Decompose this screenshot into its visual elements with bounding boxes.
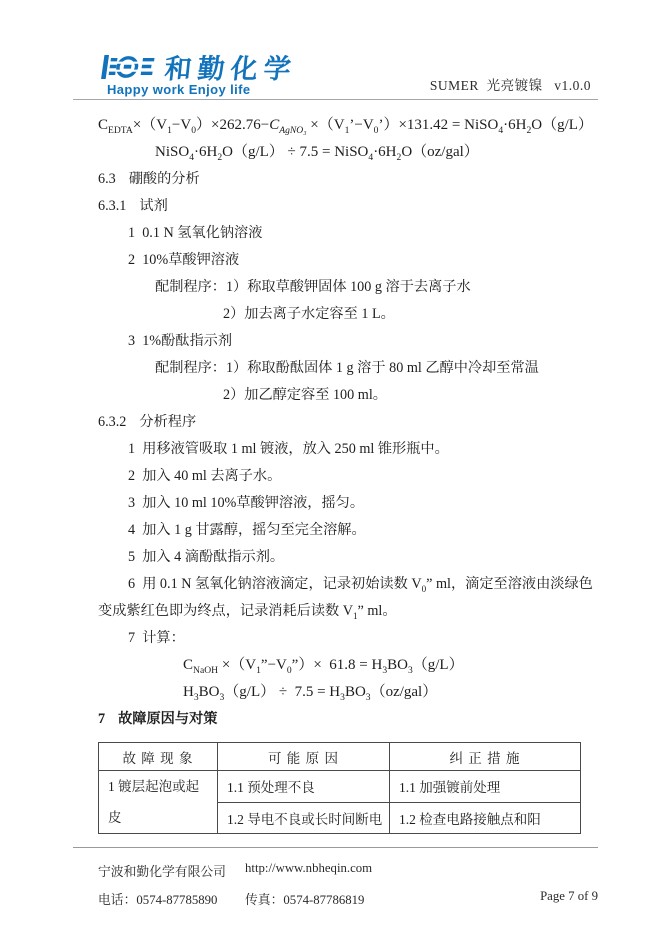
header-rule (73, 99, 598, 100)
section-number: 7 (98, 711, 105, 727)
reagent-item-3: 3 1%酚酞指示剂 (98, 328, 598, 355)
document-page: 和勤化学 Happy work Enjoy life SUMER 光亮镀镍 v1… (0, 0, 671, 950)
company-logo: 和勤化学 (100, 47, 297, 86)
formula-niso4-ozgal: NiSO4·6H2O（g/L） ÷ 7.5 = NiSO4·6H2O（oz/ga… (98, 139, 598, 166)
section-number: 6.3.1 (98, 198, 126, 214)
product-version: SUMER 光亮镀镍 v1.0.0 (430, 74, 591, 94)
table-header-phenomenon: 故 障 现 象 (99, 743, 218, 771)
page-footer: 宁波和勤化学有限公司 http://www.nbheqin.com 电话：057… (73, 847, 598, 908)
footer-fax: 传真：0574-87786819 (245, 889, 364, 908)
footer-company: 宁波和勤化学有限公司 (98, 861, 245, 880)
footer-phone: 电话：0574-87785890 (98, 889, 245, 908)
table-header-row: 故 障 现 象 可 能 原 因 纠 正 措 施 (99, 743, 581, 771)
analysis-step-4: 4 加入 1 g 甘露醇，摇匀至完全溶解。 (98, 517, 598, 544)
analysis-step-6-line2: 变成紫红色即为终点，记录消耗后读数 V1” ml。 (98, 598, 598, 625)
section-title: 硼酸的分析 (129, 171, 200, 187)
section-title: 分析程序 (139, 414, 196, 430)
table-cell-action: 1.1 加强镀前处理 (390, 771, 581, 803)
analysis-step-7: 7 计算： (98, 625, 598, 652)
formula-h3bo3-ozgal: H3BO3（g/L） ÷ 7.5 = H3BO3（oz/gal） (98, 679, 598, 706)
fault-table: 故 障 现 象 可 能 原 因 纠 正 措 施 1 镀层起泡或起皮 1.1 预处… (98, 742, 581, 834)
footer-row: 电话：0574-87785890 传真：0574-87786819 Page 7… (73, 889, 598, 908)
page-number: Page 7 of 9 (540, 889, 598, 908)
document-body: CEDTA×（V1−V0）×262.76−CAgNO₃ ×（V1’−V0’）×1… (98, 112, 598, 834)
section-heading-6-3-2: 6.3.2分析程序 (98, 409, 598, 436)
analysis-step-3: 3 加入 10 ml 10%草酸钾溶液，摇匀。 (98, 490, 598, 517)
table-cell-cause: 1.2 导电不良或长时间断电 (218, 802, 390, 834)
prep-procedure-line: 配制程序：1）称取酚酞固体 1 g 溶于 80 ml 乙醇中冷却至常温 (98, 355, 598, 382)
brand-name: 和勤化学 (163, 47, 299, 86)
analysis-step-6-line1: 6 用 0.1 N 氢氧化钠溶液滴定，记录初始读数 V0” ml，滴定至溶液由淡… (98, 571, 598, 598)
table-cell-phenomenon: 1 镀层起泡或起皮 (99, 771, 218, 834)
brand-tagline: Happy work Enjoy life (107, 82, 250, 97)
section-number: 6.3.2 (98, 414, 126, 430)
section-title: 试剂 (139, 198, 167, 214)
section-number: 6.3 (98, 171, 116, 187)
logo-hqe-icon (100, 51, 156, 83)
analysis-step-1: 1 用移液管吸取 1 ml 镀液，放入 250 ml 锥形瓶中。 (98, 436, 598, 463)
table-row: 1 镀层起泡或起皮 1.1 预处理不良 1.1 加强镀前处理 (99, 771, 581, 803)
table-cell-cause: 1.1 预处理不良 (218, 771, 390, 803)
section-heading-6-3-1: 6.3.1试剂 (98, 193, 598, 220)
formula-h3bo3-gl: CNaOH ×（V1”−V0”）× 61.8 = H3BO3（g/L） (98, 652, 598, 679)
prep-procedure-line: 2）加去离子水定容至 1 L。 (98, 301, 598, 328)
table-header-cause: 可 能 原 因 (218, 743, 390, 771)
prep-procedure-line: 2）加乙醇定容至 100 ml。 (98, 382, 598, 409)
prep-procedure-line: 配制程序：1）称取草酸钾固体 100 g 溶于去离子水 (98, 274, 598, 301)
analysis-step-2: 2 加入 40 ml 去离子水。 (98, 463, 598, 490)
formula-niso4-gl: CEDTA×（V1−V0）×262.76−CAgNO₃ ×（V1’−V0’）×1… (98, 112, 598, 139)
section-heading-7: 7故障原因与对策 (98, 706, 598, 733)
section-heading-6-3: 6.3硼酸的分析 (98, 166, 598, 193)
footer-website: http://www.nbheqin.com (245, 861, 372, 880)
reagent-item-1: 1 0.1 N 氢氧化钠溶液 (98, 220, 598, 247)
footer-row: 宁波和勤化学有限公司 http://www.nbheqin.com (73, 861, 598, 880)
section-title: 故障原因与对策 (118, 711, 217, 727)
reagent-item-2: 2 10%草酸钾溶液 (98, 247, 598, 274)
table-header-action: 纠 正 措 施 (390, 743, 581, 771)
table-cell-action: 1.2 检查电路接触点和阳 (390, 802, 581, 834)
analysis-step-5: 5 加入 4 滴酚酞指示剂。 (98, 544, 598, 571)
